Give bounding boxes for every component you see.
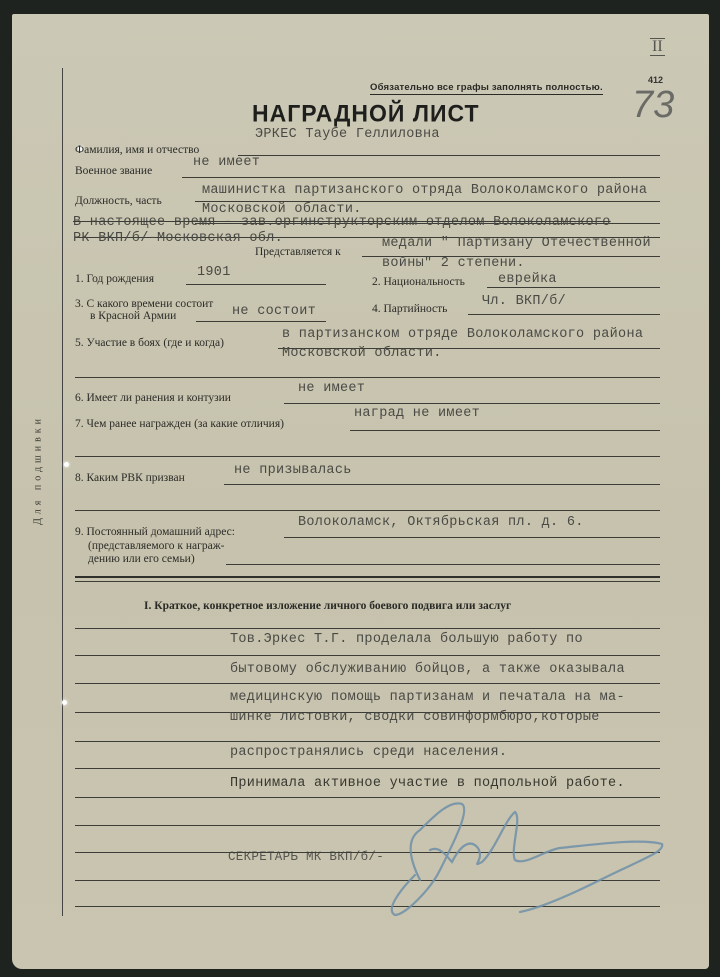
handwritten-signature [0, 0, 720, 977]
